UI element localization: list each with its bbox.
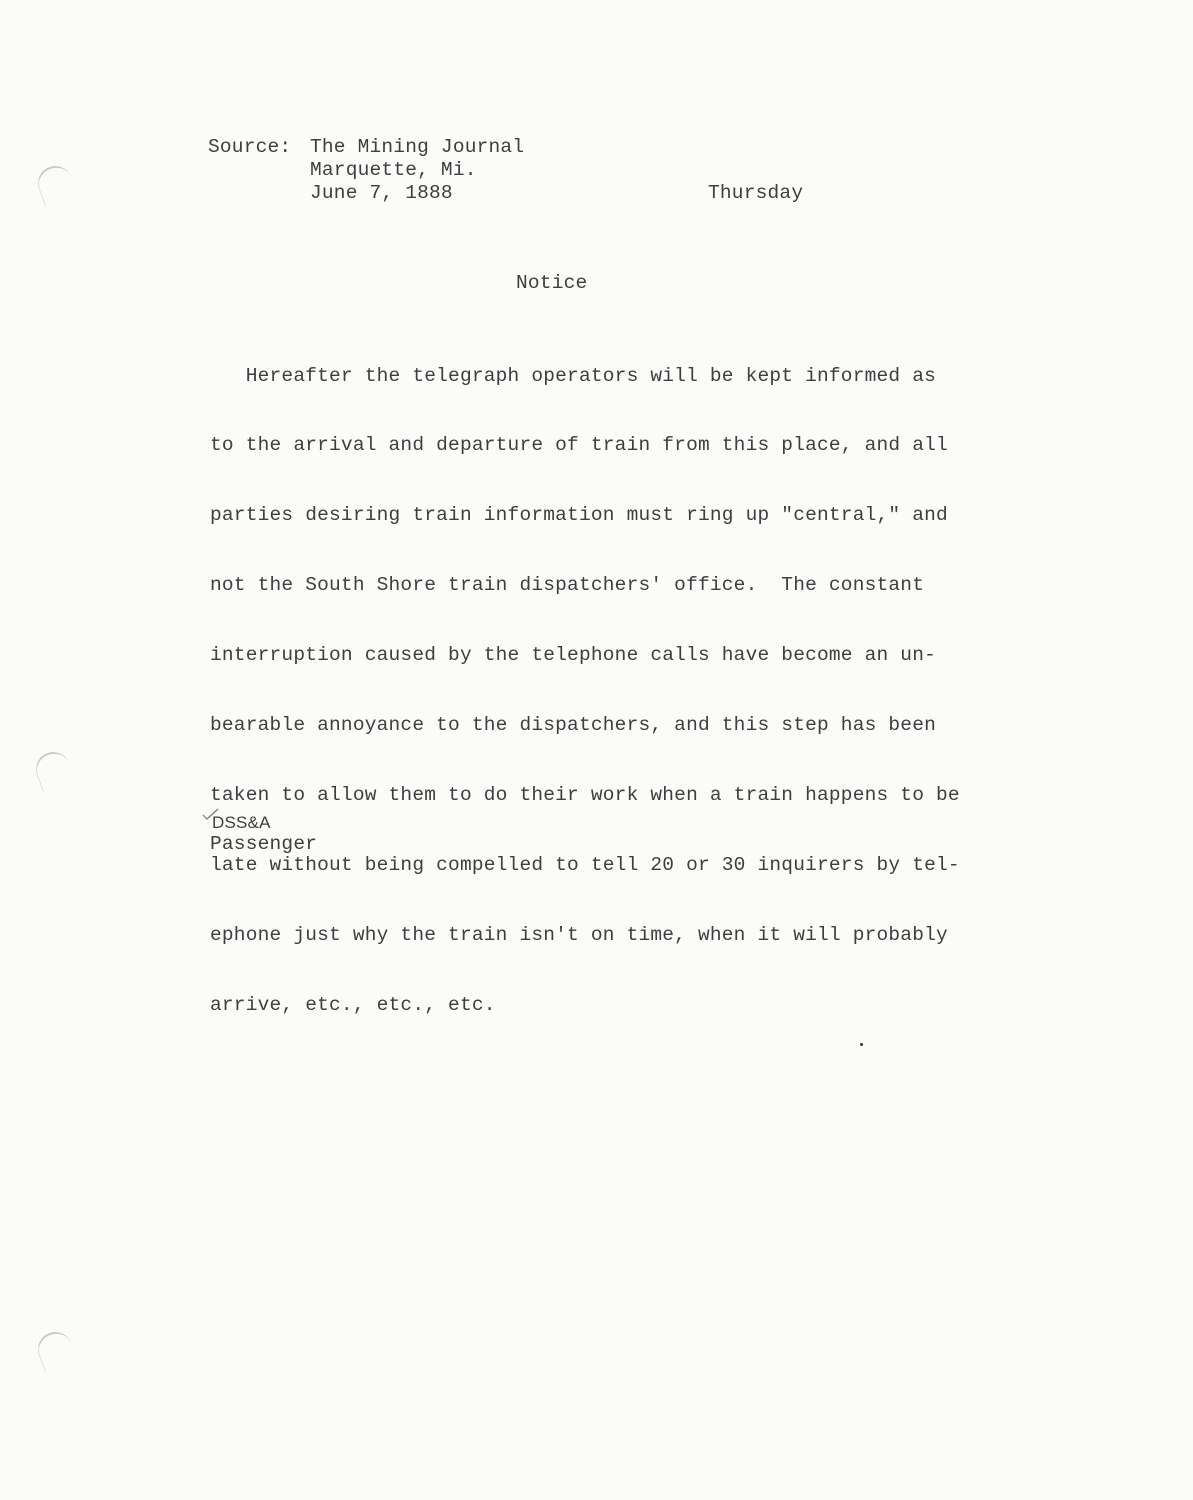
article-line: ephone just why the train isn't on time,… [210, 924, 960, 947]
article-line: interruption caused by the telephone cal… [210, 644, 960, 667]
ink-speck [860, 1043, 863, 1046]
punch-hole-middle [31, 747, 76, 793]
article-line: bearable annoyance to the dispatchers, a… [210, 714, 960, 737]
source-label: Source: [208, 136, 291, 159]
railroad-tag: DSS&A [212, 811, 271, 834]
article-line: late without being compelled to tell 20 … [210, 854, 960, 877]
article-line: Hereafter the telegraph operators will b… [210, 365, 960, 388]
article-line: parties desiring train information must … [210, 504, 960, 527]
punch-hole-bottom [33, 1327, 78, 1373]
article-line: arrive, etc., etc., etc. [210, 994, 960, 1017]
typed-document-page: Source: The Mining Journal Marquette, Mi… [0, 0, 1193, 1500]
punch-hole-top [33, 161, 78, 207]
article-line: not the South Shore train dispatchers' o… [210, 574, 960, 597]
publication-weekday: Thursday [708, 182, 803, 205]
publication-location: Marquette, Mi. [310, 159, 477, 182]
article-line: to the arrival and departure of train fr… [210, 434, 960, 457]
category-tag: Passenger [210, 833, 317, 856]
article-line: taken to allow them to do their work whe… [210, 784, 960, 807]
article-title: Notice [516, 272, 587, 295]
publication-date: June 7, 1888 [310, 182, 453, 205]
publication-name: The Mining Journal [310, 136, 524, 159]
article-body: Hereafter the telegraph operators will b… [210, 318, 960, 1064]
